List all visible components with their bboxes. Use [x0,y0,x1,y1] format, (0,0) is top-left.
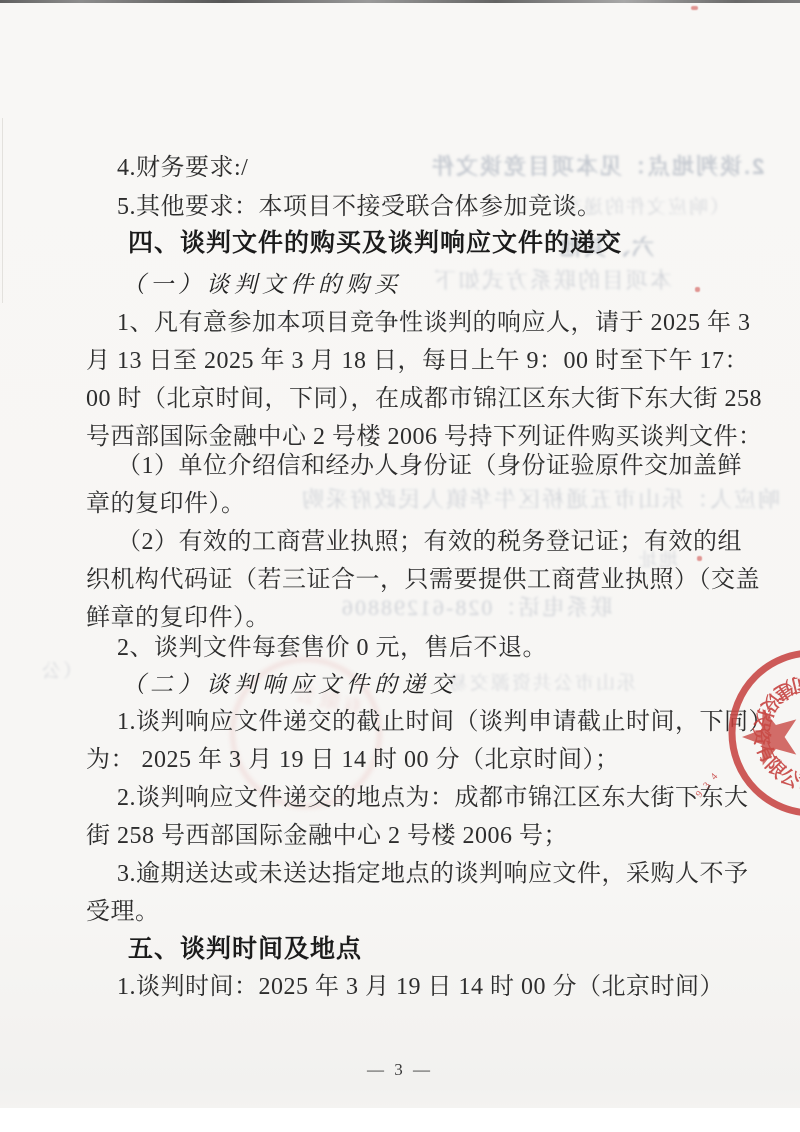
text-line: 2.谈判响应文件递交的地点为：成都市锦江区东大街下东大 [86,785,746,812]
section-heading: 五、谈判时间及地点 [86,936,746,963]
text-line: 3.逾期送达或未送达指定地点的谈判响应文件，采购人不予 [86,861,746,888]
text-line: 5.其他要求：本项目不接受联合体参加竞谈。 [86,194,746,221]
scan-edge-artifact [0,1108,800,1132]
text-line: 月 13 日至 2025 年 3 月 18 日，每日上午 9：00 时至下午 1… [86,348,746,375]
text-line: 00 时（北京时间，下同），在成都市锦江区东大街下东大街 258 [86,386,746,413]
text-line: 2、谈判文件每套售价 0 元，售后不退。 [86,635,746,662]
seal-star-icon [742,709,796,766]
text-line: 1、凡有意参加本项目竞争性谈判的响应人，请于 2025 年 3 [86,310,746,337]
page-number: — 3 — [0,1060,800,1080]
text-line: 1.谈判时间：2025 年 3 月 19 日 14 时 00 分（北京时间） [86,974,746,1001]
company-seal-stamp: 司建设投资有限公司 9 3 4 [660,610,800,860]
text-line: 章的复印件）。 [86,491,746,518]
bleedthrough-text: （公 [40,656,82,683]
text-line: （2）有效的工商营业执照；有效的税务登记证；有效的组 [86,529,746,556]
text-line: 织机构代码证（若三证合一，只需要提供工商营业执照）（交盖 [86,567,746,594]
text-line: 街 258 号西部国际金融中心 2 号楼 2006 号； [86,823,746,850]
text-line: 1.谈判响应文件递交的截止时间（谈判申请截止时间，下同） [86,709,746,736]
text-line: 受理。 [86,899,746,926]
text-line: （1）单位介绍信和经办人身份证（身份证验原件交加盖鲜 [86,453,746,480]
red-speck-artifact [691,6,698,10]
text-line: 号西部国际金融中心 2 号楼 2006 号持下列证件购买谈判文件： [86,424,746,451]
red-speck-artifact [697,556,702,561]
scan-edge-artifact [0,0,800,3]
seal-serial-number: 9 3 4 [694,770,722,800]
text-line: 为： 2025 年 3 月 19 日 14 时 00 分（北京时间）； [86,747,746,774]
text-line: 4.财务要求:/ [86,155,746,182]
subsection-heading: （二）谈判响应文件的递交 [86,671,746,698]
section-heading: 四、谈判文件的购买及谈判响应文件的递交 [86,230,746,257]
scan-line-artifact [2,118,3,303]
subsection-heading: （一）谈判文件的购买 [86,271,746,298]
text-line: 鲜章的复印件）。 [86,605,746,632]
